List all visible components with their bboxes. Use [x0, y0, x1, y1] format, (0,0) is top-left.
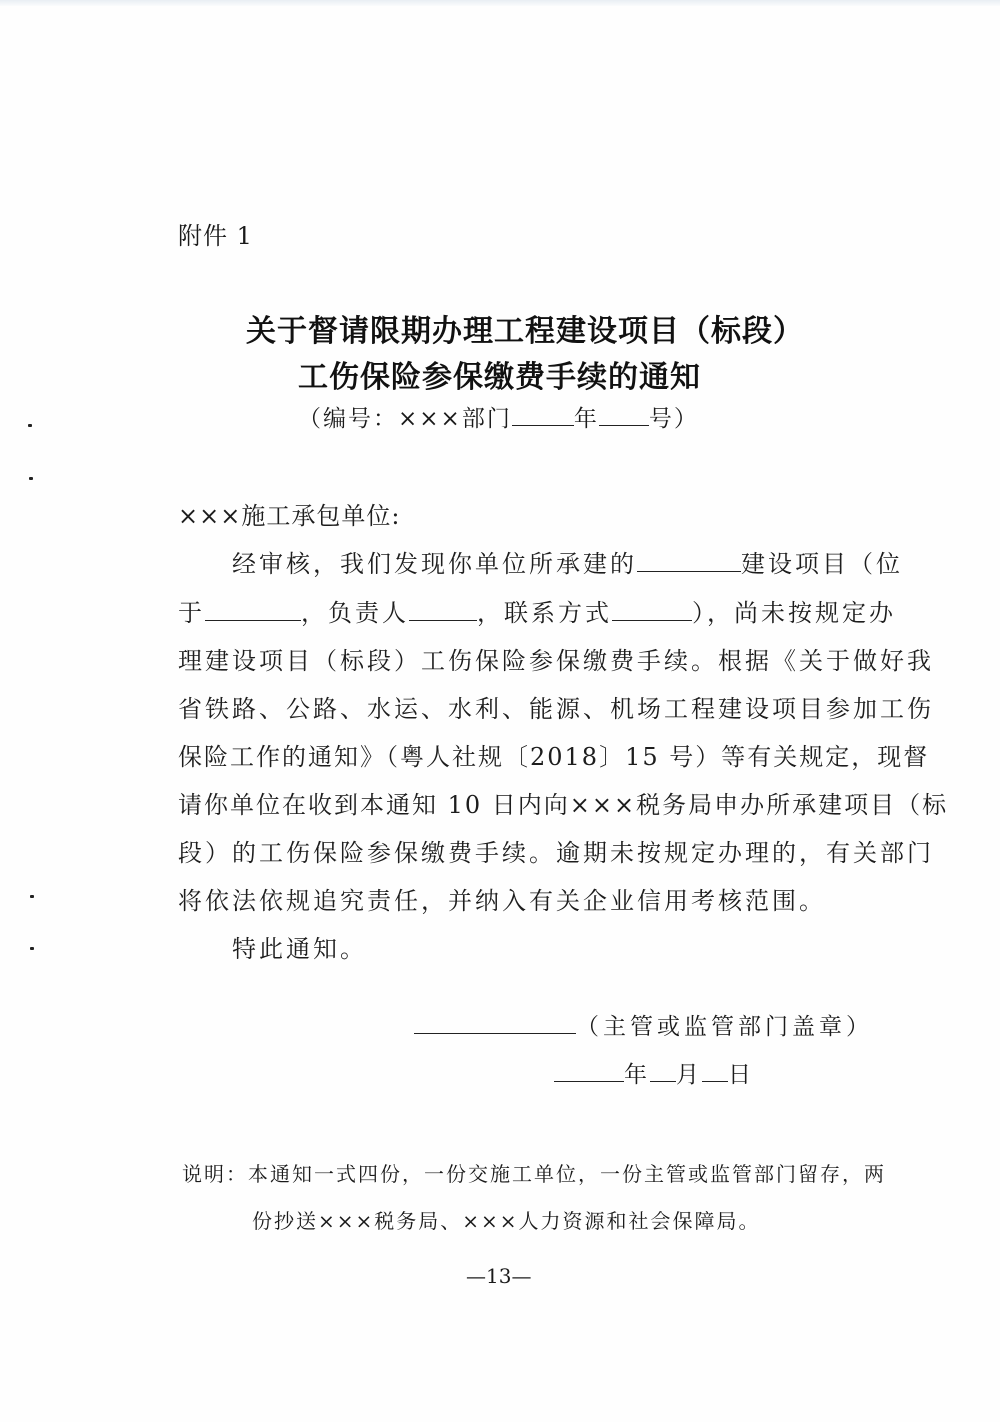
body-line-4: 省铁路、公路、水运、水利、能源、机场工程建设项目参加工伤: [178, 689, 934, 724]
location-blank: [205, 598, 301, 621]
binding-mark: [28, 424, 32, 427]
scan-top-edge: [0, 0, 1000, 6]
contact-blank: [612, 598, 692, 621]
title-line-1: 关于督请限期办理工程建设项目（标段）: [246, 306, 804, 350]
project-name-blank: [637, 549, 741, 572]
date-month-label: 月: [676, 1062, 702, 1088]
number-blank: [599, 403, 649, 426]
date-month-blank: [650, 1059, 676, 1082]
year-blank: [512, 403, 574, 426]
note-line-1: 说明：本通知一式四份，一份交施工单位，一份主管或监管部门留存，两: [182, 1158, 886, 1187]
body-line-1-text: 经审核，我们发现你单位所承建的: [232, 550, 637, 578]
page-number: —13—: [466, 1264, 531, 1288]
responsible-person-blank: [409, 598, 477, 621]
body-line-2-text: ，联系方式: [477, 599, 612, 627]
document-page: 附件 1 关于督请限期办理工程建设项目（标段） 工伤保险参保缴费手续的通知 （编…: [0, 0, 1000, 1422]
body-line-2-text: ，负责人: [301, 599, 409, 627]
doc-number-prefix: （编号：×××部门: [298, 406, 512, 432]
date-year-label: 年: [624, 1062, 650, 1088]
body-line-2: 于，负责人，联系方式），尚未按规定办: [178, 593, 896, 628]
body-line-2-text: 于: [178, 599, 205, 627]
addressee: ×××施工承包单位:: [178, 496, 400, 531]
binding-mark: [29, 477, 33, 480]
note-line-2: 份抄送×××税务局、×××人力资源和社会保障局。: [252, 1205, 761, 1234]
doc-number: （编号：×××部门年号）: [298, 400, 699, 433]
date-year-blank: [554, 1059, 624, 1082]
body-line-7: 段）的工伤保险参保缴费手续。逾期未按规定办理的，有关部门: [178, 833, 934, 868]
body-line-1-text-end: 建设项目（位: [741, 550, 903, 578]
signature-blank: [414, 1011, 576, 1034]
body-line-1: 经审核，我们发现你单位所承建的建设项目（位: [232, 544, 903, 579]
attachment-label: 附件 1: [178, 216, 253, 251]
doc-number-suffix: 号）: [649, 406, 699, 432]
body-line-6: 请你单位在收到本通知 10 日内向×××税务局申办所承建项目（标: [178, 785, 948, 820]
closing-text: 特此通知。: [232, 929, 367, 964]
binding-mark: [30, 895, 34, 898]
body-line-3: 理建设项目（标段）工伤保险参保缴费手续。根据《关于做好我: [178, 641, 934, 676]
body-line-2-text: ），尚未按规定办: [692, 599, 896, 627]
title-line-2: 工伤保险参保缴费手续的通知: [298, 352, 701, 396]
signature-line: （主管或监管部门盖章）: [414, 1008, 873, 1041]
date-day-blank: [702, 1059, 728, 1082]
date-day-label: 日: [728, 1062, 754, 1088]
stamp-label: （主管或监管部门盖章）: [576, 1014, 873, 1040]
body-line-5: 保险工作的通知》（粤人社规〔2018〕15 号）等有关规定，现督: [178, 737, 929, 772]
binding-mark: [30, 947, 34, 950]
doc-number-year: 年: [574, 406, 599, 432]
body-line-8: 将依法依规追究责任，并纳入有关企业信用考核范围。: [178, 881, 826, 916]
date-line: 年月日: [554, 1056, 754, 1089]
